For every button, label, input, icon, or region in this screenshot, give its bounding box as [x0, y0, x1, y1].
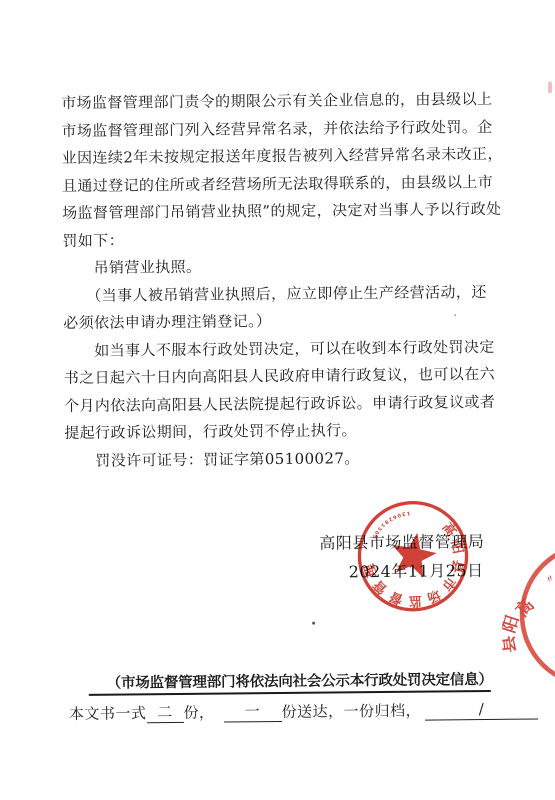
copies-count-blank: 二: [146, 702, 183, 723]
archive-blank: /: [425, 699, 538, 721]
copies-unit: 份，: [183, 704, 214, 722]
scan-content: 市场监督管理部门责令的期限公示有关企业信息的，由县级以上市场监督管理部门列入经营…: [0, 0, 555, 800]
public-disclosure-notice: （市场监督管理部门将依法向社会公示本行政处罚决定信息）: [107, 668, 493, 693]
body-line: 提起行政诉讼期间，行政处罚不停止执行。: [64, 416, 504, 448]
body-line: 罚没许可证号：罚证字第05100027。: [64, 443, 504, 475]
body-line: 市场监督管理部门列入经营异常名录，并依法给予行政处罚。企: [61, 113, 501, 145]
seal-code-text: 1306281305: [365, 507, 416, 543]
body-line: （当事人被吊销营业执照后，应立即停止生产经营活动，还: [63, 278, 503, 310]
body-line: 书之日起六十日内向高阳县人民政府申请行政复议，也可以在六: [64, 361, 504, 393]
body-line: 市场监督管理部门责令的期限公示有关企业信息的，由县级以上: [61, 86, 501, 118]
served-text: 份送达，一份归档，: [281, 702, 421, 721]
scanned-penalty-decision-page: 市场监督管理部门责令的期限公示有关企业信息的，由县级以上市场监督管理部门列入经营…: [0, 0, 555, 800]
distribution-line: 本文书一式二份，一份送达，一份归档，/: [69, 699, 538, 725]
body-text: 市场监督管理部门责令的期限公示有关企业信息的，由县级以上市场监督管理部门列入经营…: [61, 86, 505, 475]
edge-seal-char-3: 县: [501, 635, 520, 654]
served-count-blank: 一: [223, 701, 281, 723]
body-line: 个月内依法向高阳县人民法院提起行政诉讼。申请行政复议或者: [64, 388, 504, 420]
body-line: 必须依法申请办理注销登记。）: [63, 306, 503, 338]
body-line: 罚如下：: [62, 223, 502, 255]
body-line: 吊销营业执照。: [63, 251, 503, 283]
body-line: 且通过登记的住所或者经营场所无法取得联系的，由县级以上市: [62, 168, 502, 200]
scan-smudge: [548, 81, 552, 93]
distribution-prefix: 本文书一式: [69, 704, 147, 723]
scan-speck: [312, 622, 315, 625]
body-line: 场监督管理部门吊销营业执照”的规定，决定对当事人予以行政处: [62, 196, 502, 228]
svg-text:1306281305: 1306281305: [365, 507, 416, 543]
body-line: 业因连续2年未按规定报送年度报告被列入经营异常名录未改正，: [62, 141, 502, 173]
body-line: 如当事人不服本行政处罚决定，可以在收到本行政处罚决定: [63, 333, 503, 365]
official-seal-stamp: 高阳县市场监督管理局 1306281305: [353, 496, 473, 616]
edge-seal-mark: 〃: [544, 573, 555, 586]
seal-star-icon: [384, 529, 443, 587]
edge-seal-stamp: 高 阳 县 〃: [501, 544, 555, 691]
scan-speck: [454, 314, 456, 316]
